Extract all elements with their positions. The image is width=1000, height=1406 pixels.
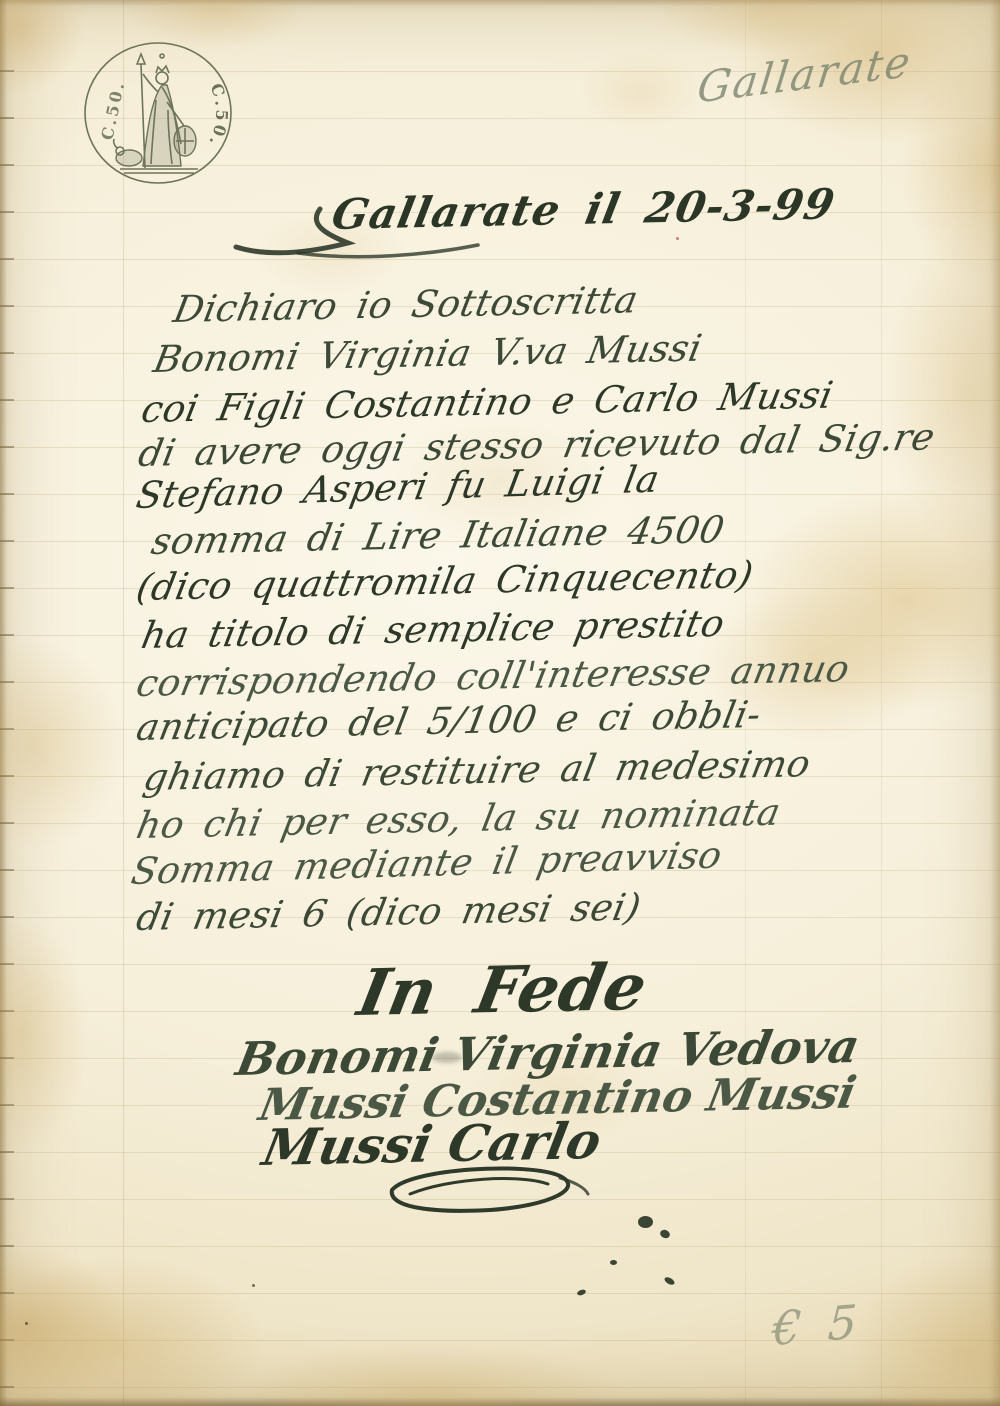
paper-speck [25, 1322, 28, 1325]
pencil-annotation-bottom: € 5 [771, 1294, 865, 1356]
ink-smudge [432, 1052, 462, 1063]
stamp-denomination: C.50. [204, 81, 232, 152]
signature-flourish [380, 1160, 590, 1220]
ruled-line-edge-ticks [0, 25, 14, 1406]
stamp-left-inscription: C.50. [97, 78, 128, 141]
paper-speck [252, 1284, 255, 1287]
document-page: C.50. C.50. Gallarate Gallarate il 20-3-… [0, 0, 1000, 1406]
ink-blot [638, 1216, 653, 1228]
closing-in-fede: In Fede [352, 950, 652, 1031]
paper-speck [676, 237, 679, 240]
revenue-stamp-figure-icon [114, 54, 198, 173]
margin-rule-line [123, 0, 124, 1406]
ink-blot [610, 1260, 617, 1265]
right-rule-line [881, 0, 882, 1406]
revenue-stamp: C.50. C.50. [84, 40, 234, 188]
